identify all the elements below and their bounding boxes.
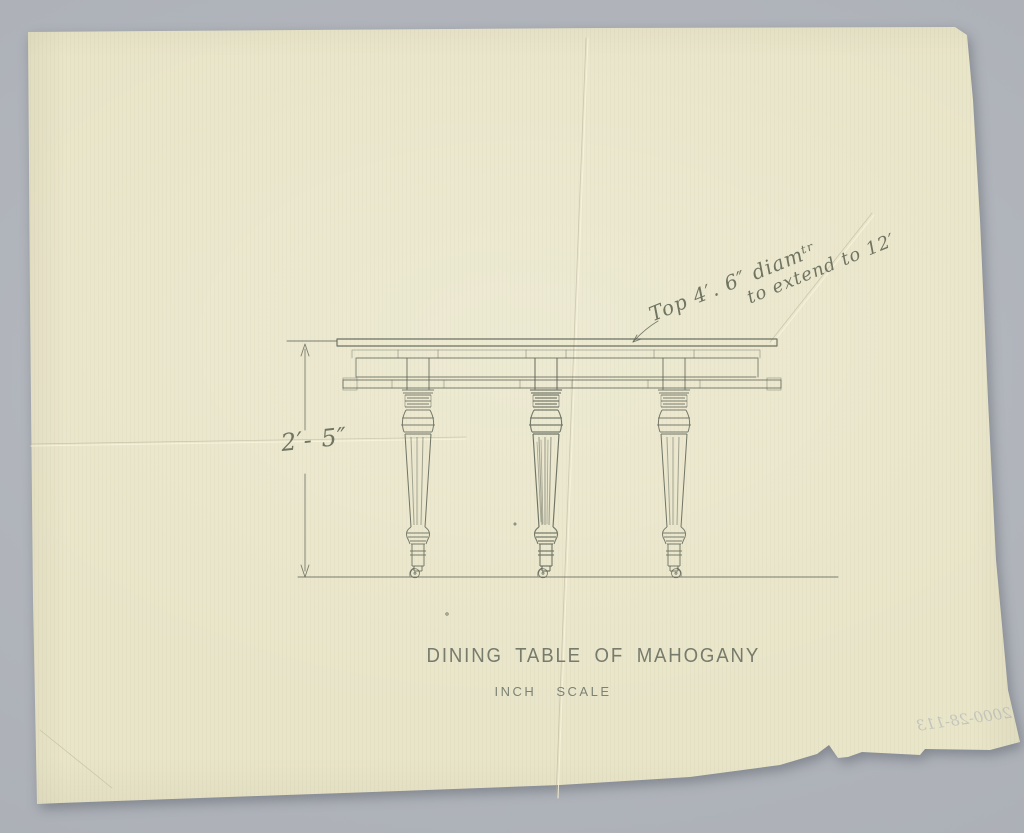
scanned-drawing: Top 4′. 6″ diamᵗʳ to extend to 12′ 2′- 5…: [0, 0, 1024, 833]
drawing-scale-caption: INCH SCALE: [428, 684, 678, 699]
paper-shadow: [0, 0, 1024, 833]
drawing-title: DINING TABLE OF MAHOGANY: [427, 645, 734, 668]
